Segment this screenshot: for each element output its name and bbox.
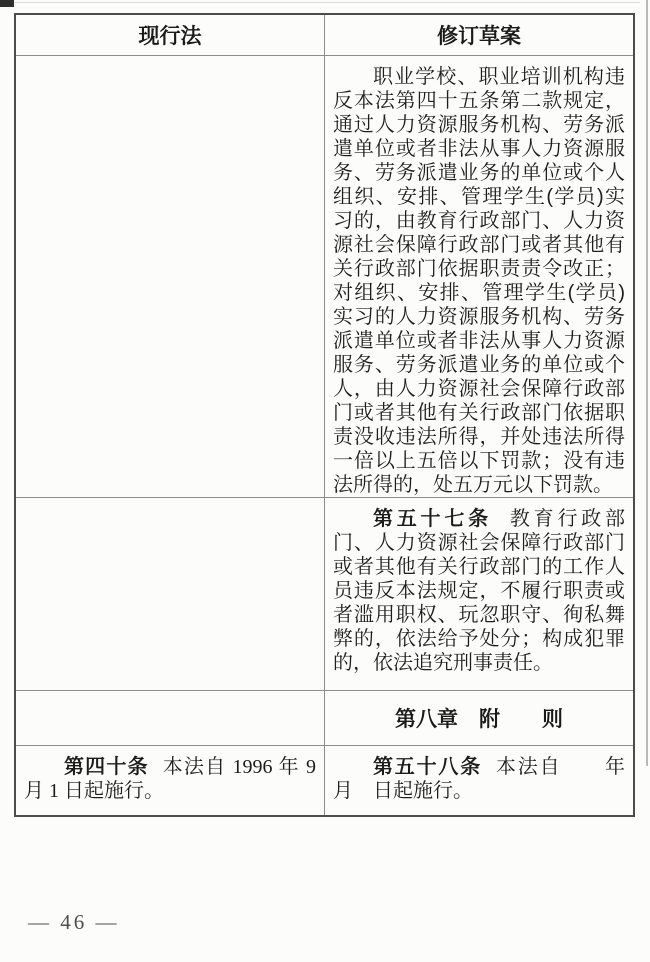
scan-smudge-artifact bbox=[0, 0, 14, 7]
scan-edge-line-artifact bbox=[646, 0, 648, 766]
page-number: — 46 — bbox=[28, 910, 120, 935]
current-law-cell-article-40: 第四十条本法自 1996 年 9 月 1 日起施行。 bbox=[15, 746, 325, 817]
revision-draft-cell-penalty: 职业学校、职业培训机构违反本法第四十五条第二款规定，通过人力资源服务机构、劳务派… bbox=[325, 56, 635, 498]
scan-topline-artifact bbox=[15, 2, 640, 3]
law-comparison-table: 现行法 修订草案 职业学校、职业培训机构违反本法第四十五条第二款规定，通过人力资… bbox=[14, 13, 635, 817]
table-header-row: 现行法 修订草案 bbox=[15, 14, 634, 56]
current-law-cell-empty-2 bbox=[15, 498, 325, 691]
table-row-effective-date: 第四十条本法自 1996 年 9 月 1 日起施行。 第五十八条本法自 年 月 … bbox=[15, 746, 634, 817]
table-row-penalty-provision: 职业学校、职业培训机构违反本法第四十五条第二款规定，通过人力资源服务机构、劳务派… bbox=[15, 56, 634, 498]
column-header-revision-draft: 修订草案 bbox=[325, 14, 635, 56]
article-57-number: 第五十七条 bbox=[373, 508, 492, 530]
current-law-cell-empty-3 bbox=[15, 691, 325, 746]
draft-article-57-paragraph: 第五十七条教育行政部门、人力资源社会保障行政部门或者其他有关行政部门的工作人员违… bbox=[333, 507, 625, 675]
revision-draft-cell-article-57: 第五十七条教育行政部门、人力资源社会保障行政部门或者其他有关行政部门的工作人员违… bbox=[325, 498, 635, 691]
table-row-chapter-8: 第八章 附 则 bbox=[15, 691, 634, 746]
current-law-cell-empty-1 bbox=[15, 56, 325, 498]
draft-article-58-paragraph: 第五十八条本法自 年 月 日起施行。 bbox=[333, 755, 625, 803]
article-57-text: 教育行政部门、人力资源社会保障行政部门或者其他有关行政部门的工作人员违反本法规定… bbox=[333, 508, 625, 674]
revision-draft-cell-chapter-8: 第八章 附 则 bbox=[325, 691, 635, 746]
article-58-number: 第五十八条 bbox=[373, 756, 482, 778]
chapter-8-heading: 第八章 附 则 bbox=[395, 708, 563, 731]
column-header-current-law: 现行法 bbox=[15, 14, 325, 56]
current-article-40-paragraph: 第四十条本法自 1996 年 9 月 1 日起施行。 bbox=[24, 755, 316, 803]
document-page: 现行法 修订草案 职业学校、职业培训机构违反本法第四十五条第二款规定，通过人力资… bbox=[0, 0, 650, 962]
draft-penalty-paragraph: 职业学校、职业培训机构违反本法第四十五条第二款规定，通过人力资源服务机构、劳务派… bbox=[333, 65, 625, 497]
article-40-number: 第四十条 bbox=[64, 756, 149, 778]
table-row-article-57: 第五十七条教育行政部门、人力资源社会保障行政部门或者其他有关行政部门的工作人员违… bbox=[15, 498, 634, 691]
revision-draft-cell-article-58: 第五十八条本法自 年 月 日起施行。 bbox=[325, 746, 635, 817]
